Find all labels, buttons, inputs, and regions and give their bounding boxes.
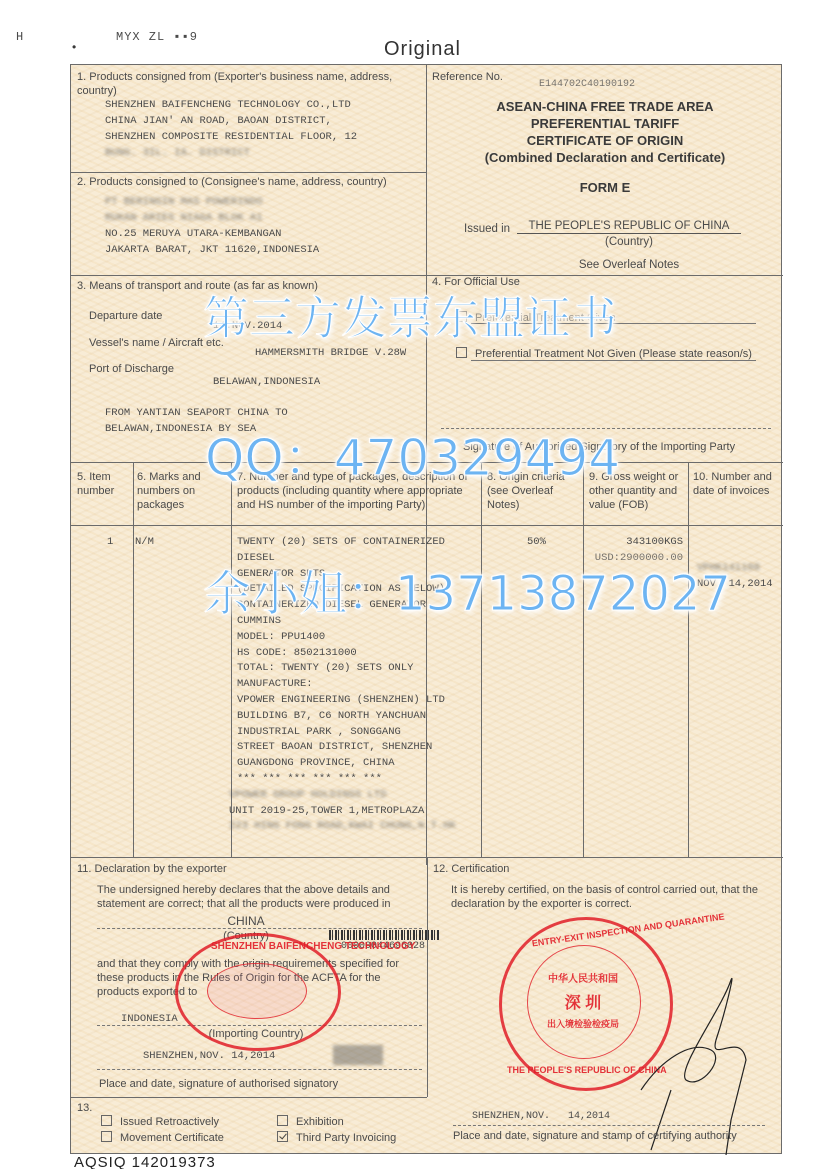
description-line: VPOWER GROUP HOLDINGS LTD xyxy=(229,788,387,804)
certification-text-1: It is hereby certified, on the basis of … xyxy=(451,883,758,897)
preferential-not-given: Preferential Treatment Not Given (Please… xyxy=(456,347,752,361)
origin-criteria-value: 50% xyxy=(527,535,546,551)
divider xyxy=(71,1097,427,1098)
box13-label: 13. xyxy=(77,1101,92,1115)
exporter-signature-redacted xyxy=(333,1045,383,1065)
third-party-invoicing-label: Third Party Invoicing xyxy=(296,1132,396,1144)
watermark-title: 第三方发票东盟证书 xyxy=(203,282,617,348)
description-line: MODEL: PPU1400 xyxy=(237,630,325,646)
exporter-caption: Place and date, signature of authorised … xyxy=(99,1077,338,1091)
description-line: *** *** *** *** *** *** xyxy=(237,772,382,788)
issued-in-value: THE PEOPLE'S REPUBLIC OF CHINA xyxy=(517,219,741,234)
issued-in-caption: (Country) xyxy=(517,235,741,249)
title-line-3: CERTIFICATE OF ORIGIN xyxy=(427,132,783,149)
watermark-phone: 余小姐：13713872027 xyxy=(203,555,731,624)
certifier-place-date: SHENZHEN,NOV. 14,2014 xyxy=(472,1109,610,1125)
option-exhibition[interactable]: Exhibition xyxy=(277,1115,344,1129)
item-number: 1 xyxy=(107,535,113,551)
col-header-item-number: 5. Item number xyxy=(77,470,131,498)
box1-label: 1. Products consigned from (Exporter's b… xyxy=(77,70,417,98)
vessel-value: HAMMERSMITH BRIDGE V.28W xyxy=(255,346,406,362)
col-header-invoices: 10. Number and date of invoices xyxy=(693,470,781,498)
exhibition-checkbox[interactable] xyxy=(277,1115,288,1126)
exporter-line-2: CHINA JIAN' AN ROAD, BAOAN DISTRICT, xyxy=(105,114,332,130)
description-line: HS CODE: 8502131000 xyxy=(237,646,357,662)
stamp-chinese-bottom: 出入境检验检疫局 xyxy=(527,1017,639,1030)
copy-type-title: Original xyxy=(384,38,461,61)
third-party-invoicing-checkbox[interactable] xyxy=(277,1131,288,1142)
description-line: GUANGDONG PROVINCE, CHINA xyxy=(237,756,395,772)
movement-certificate-checkbox[interactable] xyxy=(101,1131,112,1142)
exporter-stamp-text: SHENZHEN BAIFENCHENG TECHNOLOGY xyxy=(211,941,415,952)
description-line: VPOWER ENGINEERING (SHENZHEN) LTD xyxy=(237,693,445,709)
exhibition-label: Exhibition xyxy=(296,1116,344,1128)
preferential-not-given-checkbox[interactable] xyxy=(456,347,467,358)
box12-label: 12. Certification xyxy=(433,862,509,876)
header-dot: • xyxy=(72,40,76,54)
header-code: MYX ZL ▪▪9 xyxy=(116,30,198,44)
divider xyxy=(71,275,783,276)
reference-label: Reference No. xyxy=(432,70,503,84)
option-issued-retroactively[interactable]: Issued Retroactively xyxy=(101,1115,219,1129)
exporter-line-3: SHENZHEN COMPOSITE RESIDENTIAL FLOOR, 12 xyxy=(105,130,357,146)
exporter-signature-line xyxy=(97,1069,422,1070)
departure-date-label: Departure date xyxy=(89,309,162,323)
exporter-stamp-inner xyxy=(207,963,307,1019)
option-movement-certificate[interactable]: Movement Certificate xyxy=(101,1131,224,1145)
description-line: MANUFACTURE: xyxy=(237,677,313,693)
divider xyxy=(133,462,134,857)
issued-in-label: Issued in xyxy=(464,222,510,236)
issued-retroactively-checkbox[interactable] xyxy=(101,1115,112,1126)
overleaf-note: See Overleaf Notes xyxy=(517,258,741,272)
consignee-line-1-redacted: PT BERINGIN MAS POWERINDO xyxy=(105,195,263,211)
certification-text-2: declaration by the exporter is correct. xyxy=(451,897,632,911)
box2-label: 2. Products consigned to (Consignee's na… xyxy=(77,175,387,189)
title-line-2: PREFERENTIAL TARIFF xyxy=(427,115,783,132)
description-line: 223 HING FONG ROAD,KWAI CHUNG,N.T.HK xyxy=(229,819,456,835)
description-line: INDUSTRIAL PARK , SONGGANG xyxy=(237,725,401,741)
option-third-party-invoicing[interactable]: Third Party Invoicing xyxy=(277,1131,396,1145)
description-line: BUILDING B7, C6 NORTH YANCHUAN xyxy=(237,709,426,725)
exporter-place-date: SHENZHEN,NOV. 14,2014 xyxy=(143,1049,275,1065)
declaration-text-1: The undersigned hereby declares that the… xyxy=(97,883,390,897)
description-line: TOTAL: TWENTY (20) SETS ONLY xyxy=(237,661,413,677)
declaration-text-2: statement are correct; that all the prod… xyxy=(97,897,391,911)
underline xyxy=(471,360,756,361)
marks-value: N/M xyxy=(135,535,154,551)
aqsiq-serial: AQSIQ 142019373 xyxy=(74,1154,216,1169)
consignee-line-4: JAKARTA BARAT, JKT 11620,INDONESIA xyxy=(105,243,319,259)
watermark-qq: QQ：470329494 xyxy=(205,418,620,490)
box11-label: 11. Declaration by the exporter xyxy=(77,862,227,876)
title-line-4: (Combined Declaration and Certificate) xyxy=(427,149,783,166)
divider xyxy=(71,525,783,526)
certifier-signature-line xyxy=(453,1125,765,1126)
description-line: UNIT 2019-25,TOWER 1,METROPLAZA xyxy=(229,804,424,820)
officer-signature xyxy=(631,970,761,1155)
divider xyxy=(427,857,428,1097)
description-line: STREET BAOAN DISTRICT, SHENZHEN xyxy=(237,740,432,756)
certifier-caption: Place and date, signature and stamp of c… xyxy=(453,1129,737,1143)
form-type: FORM E xyxy=(427,179,783,196)
issued-retroactively-label: Issued Retroactively xyxy=(120,1116,219,1128)
gross-weight-value: 343100KGS xyxy=(617,535,683,551)
consignee-line-3: NO.25 MERUYA UTARA-KEMBANGAN xyxy=(105,227,281,243)
consignee-line-2-redacted: RUKAN ARIES NIAGA BLOK A1 xyxy=(105,211,263,227)
port-value: BELAWAN,INDONESIA xyxy=(213,375,320,391)
preferential-not-given-label: Preferential Treatment Not Given (Please… xyxy=(475,348,752,360)
title-line-1: ASEAN-CHINA FREE TRADE AREA xyxy=(427,98,783,115)
stamp-chinese-mid: 深 圳 xyxy=(527,990,639,1013)
divider xyxy=(583,462,584,857)
movement-certificate-label: Movement Certificate xyxy=(120,1132,224,1144)
divider xyxy=(688,462,689,857)
header-mark: H xyxy=(16,30,23,44)
exporter-line-1: SHENZHEN BAIFENCHENG TECHNOLOGY CO.,LTD xyxy=(105,98,351,114)
stamp-chinese-top: 中华人民共和国 xyxy=(527,970,639,985)
produced-country: CHINA xyxy=(181,914,311,928)
divider xyxy=(481,462,482,857)
description-line: TWENTY (20) SETS OF CONTAINERIZED xyxy=(237,535,445,551)
reference-number: E144702C40190192 xyxy=(539,77,635,93)
exporter-line-4-redacted: BUNG. 3IL. IA. DISTRICT xyxy=(105,146,250,162)
port-label: Port of Discharge xyxy=(89,362,174,376)
divider xyxy=(71,172,426,173)
